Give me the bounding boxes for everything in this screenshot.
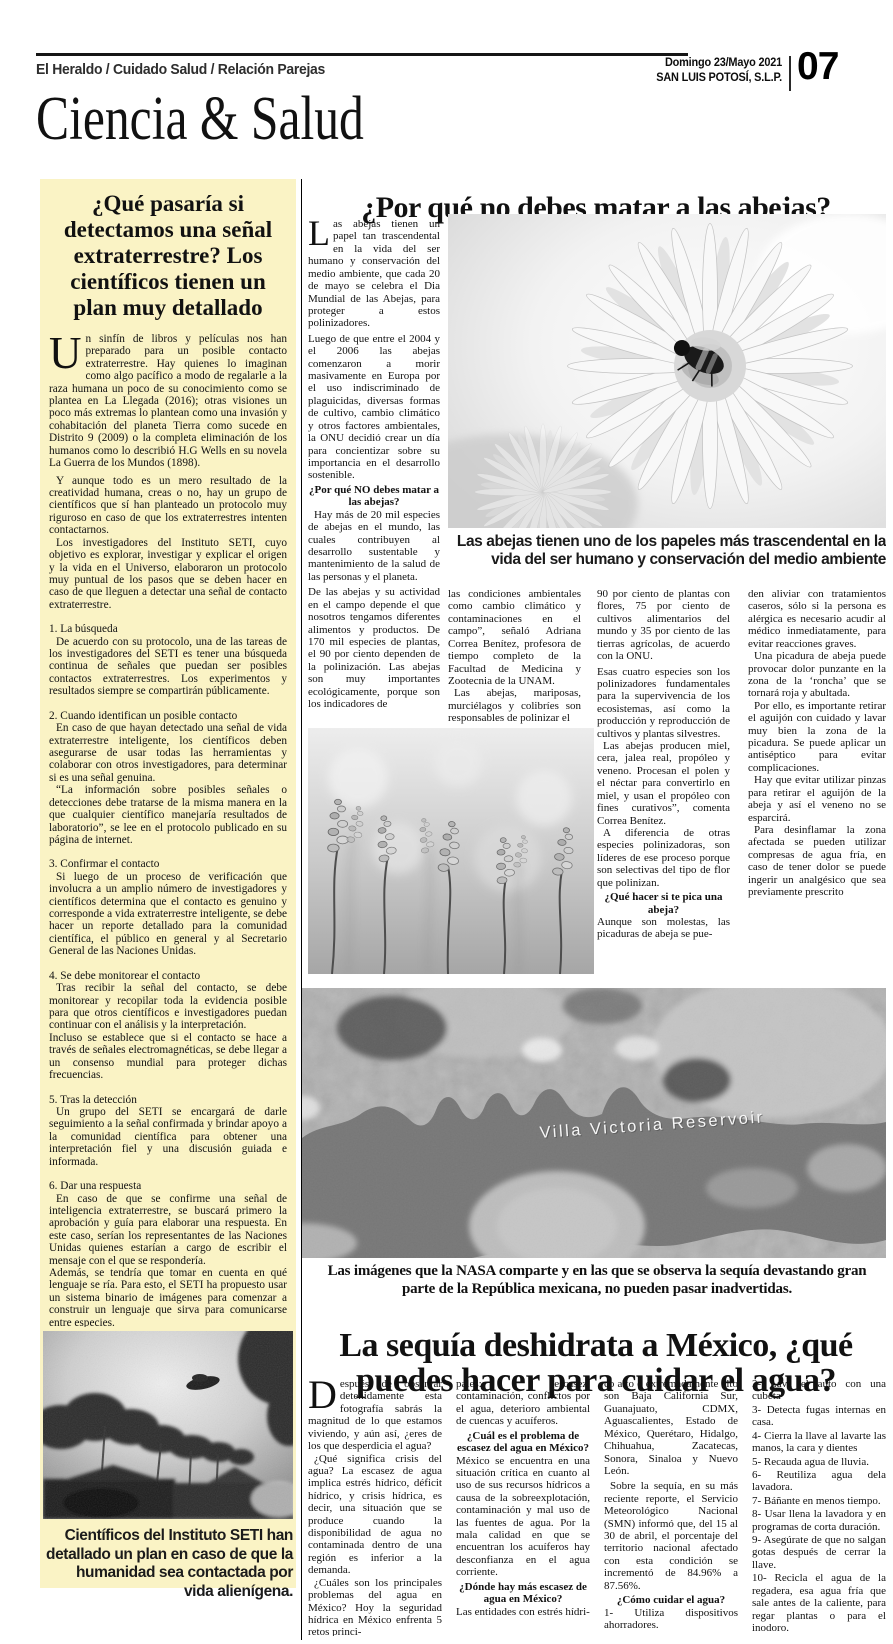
bee-column-4: den aliviar con tratamientos caseros, só… [748, 588, 886, 972]
paragraph: Además, se tendría que tomar en cuenta e… [49, 1267, 287, 1327]
ufo-caption: Científicos del Instituto SETI han detal… [43, 1527, 293, 1601]
paragraph: Hay más de 20 mil especies de abejas en … [308, 509, 440, 584]
paragraph: En caso de que se confirme una señal de … [49, 1193, 287, 1268]
list-item: 5- Recauda agua de lluvia. [752, 1456, 886, 1468]
paragraph: Un sinfín de libros y películas nos han … [49, 333, 287, 470]
masthead: El Heraldo / Cuidado Salud / Relación Pa… [36, 61, 325, 78]
bee-column-3: 90 por ciento de plantas con flores, 75 … [597, 588, 730, 972]
header-rule [36, 53, 688, 56]
paragraph: Las abejas tienen un papel tan trascende… [308, 218, 440, 330]
ufo-photo [43, 1331, 293, 1519]
dropcap: U [49, 333, 86, 371]
paragraph: Incluso se establece que si el contacto … [49, 1032, 287, 1082]
paragraph: En caso de que hayan detectado una señal… [49, 722, 287, 784]
paragraph: 90 por ciento de plantas con flores, 75 … [597, 588, 730, 663]
list-item: 6- Reutiliza agua dela lavadora. [752, 1469, 886, 1494]
list-item: 4- Cierra la llave al lavarte las manos,… [752, 1430, 886, 1455]
paragraph: Para desinflamar la zona afectada se pue… [748, 824, 886, 899]
paragraph: Los investigadores del Instituto SETI, c… [49, 537, 287, 612]
satellite-caption: Las imágenes que la NASA comparte y en l… [316, 1262, 878, 1299]
paragraph: co alto o extremadamente alto son Baja C… [604, 1378, 738, 1477]
paragraph: Por ello, es importante retirar el aguij… [748, 700, 886, 775]
drought-column-1: Después de observar detenidamente esta f… [308, 1378, 442, 1636]
paragraph: Después de observar detenidamente esta f… [308, 1378, 442, 1453]
paragraph: Un grupo del SETI se encargará de darle … [49, 1106, 287, 1168]
list-item: 7- Báñante en menos tiempo. [752, 1495, 886, 1507]
paragraph: Una picadura de abeja puede provocar dol… [748, 650, 886, 700]
paragraph: den aliviar con tratamientos caseros, só… [748, 588, 886, 650]
subhead: 4. Se debe monitorear el contacto [49, 970, 287, 982]
list-item: 2- Lava el auto con una cubeta [752, 1378, 886, 1403]
drought-column-3: co alto o extremadamente alto son Baja C… [604, 1378, 738, 1636]
list-item: 8- Usar llena la lavadora y en programas… [752, 1508, 886, 1533]
paragraph: De acuerdo con su protocolo, una de las … [49, 636, 287, 698]
paragraph: ¿Qué significa crisis del agua? La escas… [308, 1453, 442, 1577]
page-number: 07 [797, 45, 838, 89]
drought-column-4: 2- Lava el auto con una cubeta 3- Detect… [752, 1378, 886, 1636]
city-line: SAN LUIS POTOSÍ, S.L.P. [619, 71, 782, 86]
paragraph: Las abejas, mariposas, murciélagos y col… [448, 687, 581, 724]
subhead: 5. Tras la detección [49, 1094, 287, 1106]
paragraph: ¿Cuáles son los principales problemas de… [308, 1577, 442, 1636]
paragraph: Las entidades con estrés hídri- [456, 1606, 590, 1618]
paragraph: Tras recibir la señal del contacto, se d… [49, 982, 287, 1032]
paragraph: Sobre la sequía, en su más reciente repo… [604, 1480, 738, 1592]
paragraph: “La información sobre posibles señales o… [49, 784, 287, 846]
date-divider [789, 56, 791, 91]
dropcap: D [308, 1378, 340, 1410]
paragraph: Aunque son molestas, las picaduras de ab… [597, 916, 730, 941]
bee-photo-caption: Las abejas tienen uno de los papeles más… [448, 533, 886, 570]
subhead: 2. Cuando identifican un posible contact… [49, 710, 287, 722]
subhead: ¿Dónde hay más escasez de agua en México… [456, 1581, 590, 1606]
paragraph: A diferencia de otras especies polinizad… [597, 827, 730, 889]
list-item: 9- Asegúrate de que no salgan gotas desp… [752, 1534, 886, 1571]
paragraph: Luego de que entre el 2004 y el 2006 las… [308, 333, 440, 482]
satellite-photo: Villa Victoria Reservoir Villa Victoria … [302, 988, 886, 1258]
seti-sidebar: ¿Qué pasaría si detectamos una señal ext… [40, 179, 296, 1588]
subhead: 3. Confirmar el contacto [49, 858, 287, 870]
list-item: 3- Detecta fugas internas en casa. [752, 1404, 886, 1429]
drought-column-2: pales: escasez, contaminación, conflicto… [456, 1378, 590, 1636]
subhead: ¿Por qué NO debes matar a las abejas? [308, 484, 440, 509]
paragraph: Y aunque todo es un mero resultado de la… [49, 475, 287, 537]
paragraph: las condiciones ambientales como cambio … [448, 588, 581, 687]
seti-article-body: ¿Qué pasaría si detectamos una señal ext… [49, 189, 287, 1327]
bee-column-1: Las abejas tienen un papel tan trascende… [308, 218, 440, 724]
seti-headline: ¿Qué pasaría si detectamos una señal ext… [51, 191, 285, 321]
paragraph: Esas cuatro especies son los polinizador… [597, 666, 730, 741]
bee-photo [448, 214, 886, 528]
subhead: ¿Cuál es el problema de escasez del agua… [456, 1430, 590, 1455]
paragraph: Las abejas producen miel, cera, jalea re… [597, 740, 730, 827]
column-rule [301, 179, 302, 1640]
dropcap: L [308, 218, 333, 247]
date-line: Domingo 23/Mayo 2021 [619, 56, 782, 71]
paragraph: Hay que evitar utilizar pinzas para reti… [748, 774, 886, 824]
paragraph: 1- Utiliza dispositivos ahorradores. [604, 1607, 738, 1632]
bee-article: Las abejas tienen un papel tan trascende… [308, 214, 886, 974]
subhead: 1. La búsqueda [49, 623, 287, 635]
date-block: Domingo 23/Mayo 2021 SAN LUIS POTOSÍ, S.… [619, 56, 782, 86]
subhead: ¿Cómo cuidar el agua? [604, 1594, 738, 1606]
subhead: 6. Dar una respuesta [49, 1180, 287, 1192]
drought-article: Después de observar detenidamente esta f… [308, 1376, 886, 1638]
section-title: Ciencia & Salud [36, 84, 364, 155]
paragraph: pales: escasez, contaminación, conflicto… [456, 1378, 590, 1428]
newspaper-page: El Heraldo / Cuidado Salud / Relación Pa… [0, 0, 893, 1644]
subhead: ¿Qué hacer si te pica una abeja? [597, 891, 730, 916]
paragraph: Si luego de un proceso de verificación q… [49, 871, 287, 958]
bee-column-2: las condiciones ambientales como cambio … [448, 588, 581, 726]
lavender-photo [308, 728, 594, 974]
list-item: 10- Recicla el agua de la regadera, esa … [752, 1572, 886, 1634]
paragraph: México se encuentra en una situación crí… [456, 1455, 590, 1579]
paragraph: De las abejas y su actividad en el campo… [308, 586, 440, 710]
